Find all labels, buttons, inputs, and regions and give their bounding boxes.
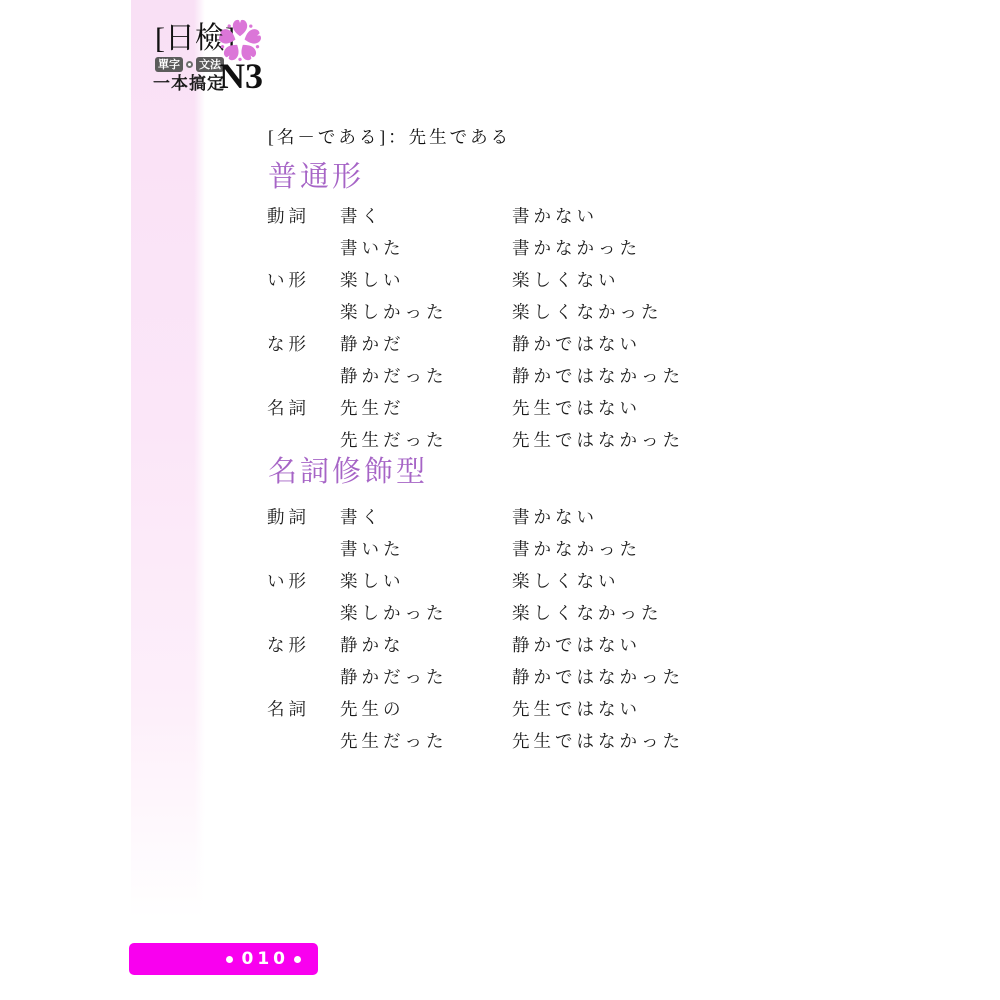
negative-cell: 書かなかった <box>512 536 641 561</box>
table-row: 書いた 書かなかった <box>267 532 747 564</box>
affirmative-cell: 書いた <box>340 536 512 561</box>
negative-cell: 楽しくない <box>512 267 620 292</box>
logo-subtitle: 一本搞定 <box>153 74 225 94</box>
affirmative-cell: 先生だった <box>340 728 512 753</box>
row-label: い形 <box>267 267 340 292</box>
table-row: 静かだった 静かではなかった <box>267 660 747 692</box>
table-row: 名詞 先生だ 先生ではない <box>267 391 747 423</box>
affirmative-cell: 書く <box>340 504 512 529</box>
book-logo: [日檢] 單字 <box>153 22 293 106</box>
affirmative-cell: 先生の <box>340 696 512 721</box>
affirmative-cell: 書いた <box>340 235 512 260</box>
negative-cell: 静かではなかった <box>512 363 684 388</box>
negative-cell: 楽しくなかった <box>512 299 663 324</box>
table-row: 静かだった 静かではなかった <box>267 359 747 391</box>
table-row: 楽しかった 楽しくなかった <box>267 295 747 327</box>
row-label: 名詞 <box>267 696 340 721</box>
row-label: 動詞 <box>267 203 340 228</box>
bullet-dot-icon <box>294 956 301 963</box>
section-heading-plain-form: 普通形 <box>268 158 364 194</box>
table-row: 楽しかった 楽しくなかった <box>267 596 747 628</box>
row-label: な形 <box>267 331 340 356</box>
negative-cell: 書かない <box>512 504 598 529</box>
affirmative-cell: 先生だ <box>340 395 512 420</box>
table-row: い形 楽しい 楽しくない <box>267 263 747 295</box>
affirmative-cell: 楽しい <box>340 568 512 593</box>
table-row: な形 静かだ 静かではない <box>267 327 747 359</box>
table-row: 動詞 書く 書かない <box>267 500 747 532</box>
page-number-badge: 010 <box>129 943 318 975</box>
affirmative-cell: 書く <box>340 203 512 228</box>
logo-category-badges: 單字 文法 <box>155 57 224 72</box>
negative-cell: 先生ではなかった <box>512 427 684 452</box>
pattern-example-line: [名－である]：先生である <box>268 126 511 148</box>
table-row: 先生だった 先生ではなかった <box>267 423 747 455</box>
affirmative-cell: 静かだった <box>340 363 512 388</box>
plain-form-table: 動詞 書く 書かない 書いた 書かなかった い形 楽しい 楽しくない 楽しかった… <box>267 199 747 455</box>
row-label: 名詞 <box>267 395 340 420</box>
table-row: 書いた 書かなかった <box>267 231 747 263</box>
table-row: 名詞 先生の 先生ではない <box>267 692 747 724</box>
negative-cell: 静かではなかった <box>512 664 684 689</box>
affirmative-cell: 静かだ <box>340 331 512 356</box>
affirmative-cell: 楽しかった <box>340 299 512 324</box>
affirmative-cell: 楽しかった <box>340 600 512 625</box>
negative-cell: 先生ではない <box>512 696 641 721</box>
negative-cell: 書かなかった <box>512 235 641 260</box>
affirmative-cell: 静かな <box>340 632 512 657</box>
affirmative-cell: 楽しい <box>340 267 512 292</box>
row-label: な形 <box>267 632 340 657</box>
noun-modifying-form-table: 動詞 書く 書かない 書いた 書かなかった い形 楽しい 楽しくない 楽しかった… <box>267 500 747 756</box>
negative-cell: 静かではない <box>512 632 641 657</box>
vocab-badge: 單字 <box>155 57 183 72</box>
negative-cell: 先生ではない <box>512 395 641 420</box>
left-gradient-band <box>131 0 205 938</box>
table-row: い形 楽しい 楽しくない <box>267 564 747 596</box>
table-row: 動詞 書く 書かない <box>267 199 747 231</box>
table-row: 先生だった 先生ではなかった <box>267 724 747 756</box>
logo-level-n3: N3 <box>219 58 263 94</box>
row-label: い形 <box>267 568 340 593</box>
row-label: 動詞 <box>267 504 340 529</box>
negative-cell: 静かではない <box>512 331 641 356</box>
negative-cell: 書かない <box>512 203 598 228</box>
affirmative-cell: 先生だった <box>340 427 512 452</box>
badge-separator-dot-icon <box>186 61 193 68</box>
negative-cell: 楽しくない <box>512 568 620 593</box>
section-heading-noun-modifying-form: 名詞修飾型 <box>268 453 428 489</box>
bullet-dot-icon <box>226 956 233 963</box>
page-number: 010 <box>242 949 290 969</box>
negative-cell: 楽しくなかった <box>512 600 663 625</box>
table-row: な形 静かな 静かではない <box>267 628 747 660</box>
affirmative-cell: 静かだった <box>340 664 512 689</box>
negative-cell: 先生ではなかった <box>512 728 684 753</box>
